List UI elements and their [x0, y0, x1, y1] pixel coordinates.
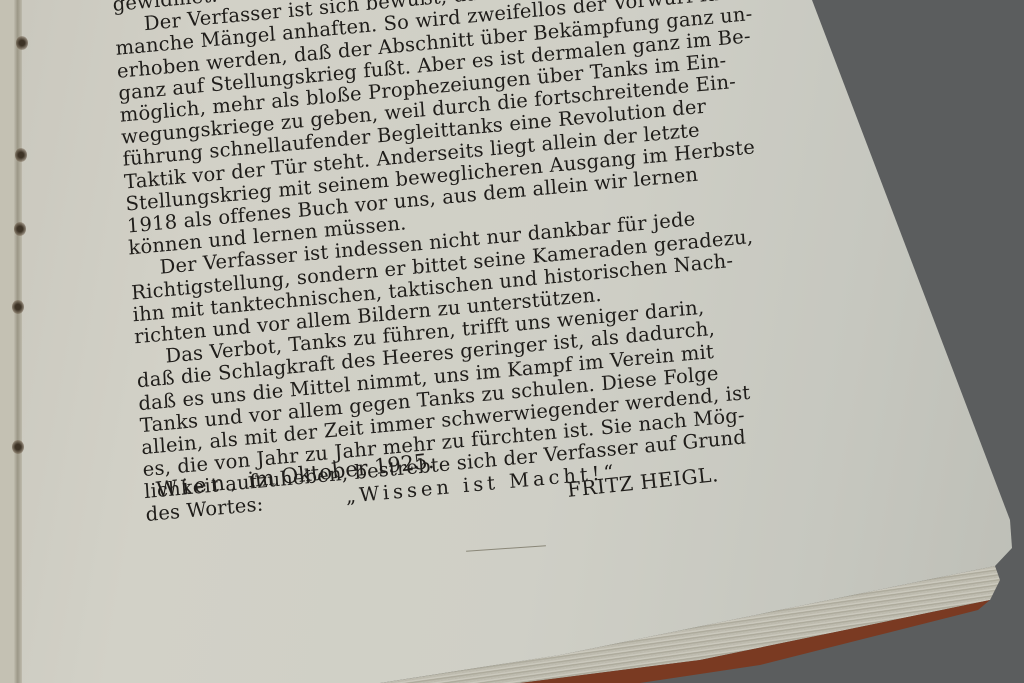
facing-page-edge [0, 0, 14, 683]
binding-stitch [12, 300, 24, 314]
binding-stitch [14, 222, 26, 236]
binding-stitch [16, 36, 28, 50]
binding-stitch [15, 148, 27, 162]
photo-scene: gewidmet. Der Verfasser ist sich bewußt,… [0, 0, 1024, 683]
body-text: gewidmet. Der Verfasser ist sich bewußt,… [112, 0, 863, 526]
binding-stitch [12, 440, 24, 454]
binding-gutter [14, 0, 22, 683]
